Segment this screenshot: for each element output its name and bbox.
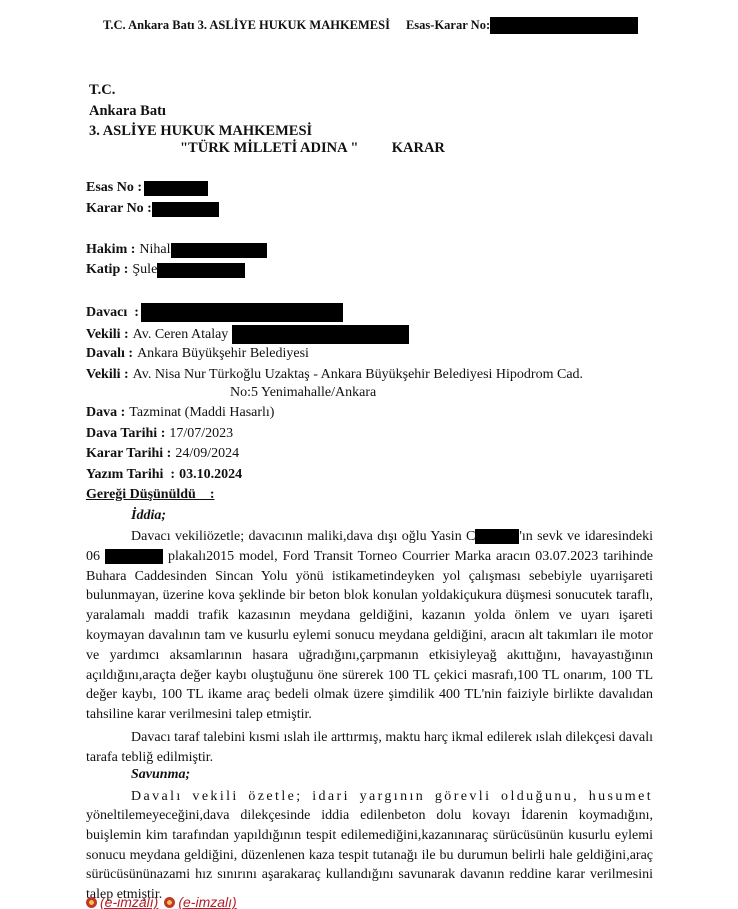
dava-tarihi-label: Dava Tarihi : [86,426,165,442]
dava-field: Dava : Tazminat (Maddi Hasarlı) [86,405,274,421]
davali-vekili-value: Av. Nisa Nur Türkoğlu Uzaktaş - Ankara B… [133,367,583,383]
redacted-katip-surname [157,263,245,278]
karar-tarihi-field: Karar Tarihi : 24/09/2024 [86,446,239,462]
header-esas-karar-label: Esas-Karar No: [406,18,490,33]
davaci-field: Davacı : [86,303,343,322]
nation-title: "TÜRK MİLLETİ ADINA " [180,140,358,156]
dava-label: Dava : [86,405,125,421]
court-title-row: "TÜRK MİLLETİ ADINA " KARAR [180,140,445,157]
iddia-p1-part-c: plakalı2015 model, Ford Transit Torneo C… [86,549,653,722]
redacted-davaci-vekili-address [232,325,409,344]
court-block: T.C. Ankara Batı 3. ASLİYE HUKUK MAHKEME… [89,80,312,142]
davali-value: Ankara Büyükşehir Belediyesi [137,346,309,362]
esas-no-field: Esas No : [86,180,208,196]
katip-label: Katip : [86,262,128,278]
karar-no-field: Karar No : [86,201,219,217]
davali-label: Davalı : [86,346,133,362]
header-court-name: T.C. Ankara Batı 3. ASLİYE HUKUK MAHKEME… [103,18,390,33]
e-signature-row: (e-imzalı) (e-imzalı) [86,894,243,909]
davali-field: Davalı : Ankara Büyükşehir Belediyesi [86,346,309,362]
redacted-surname [475,529,519,544]
dava-tarihi-value: 17/07/2023 [169,426,233,442]
iddia-paragraph-2: Davacı taraf talebini kısmi ıslah ile ar… [86,728,653,768]
davali-vekili-address-cont: No:5 Yenimahalle/Ankara [230,385,376,401]
iddia-heading: İddia; [131,508,166,524]
karar-no-label: Karar No : [86,201,152,217]
decision-title: KARAR [392,140,445,156]
katip-value: Şule [132,262,157,278]
karar-tarihi-value: 24/09/2024 [175,446,239,462]
yazim-tarihi-value: 03.10.2024 [179,467,242,483]
redacted-plate [105,549,163,564]
savunma-heading: Savunma; [131,767,190,783]
seal-icon [164,897,175,908]
page-header: T.C. Ankara Batı 3. ASLİYE HUKUK MAHKEME… [103,17,638,34]
iddia-p1-part-a: Davacı vekiliözetle; davacının maliki,da… [131,529,475,544]
davali-vekili-label: Vekili : [86,367,129,383]
davaci-vekili-label: Vekili : [86,327,129,343]
dava-value: Tazminat (Maddi Hasarlı) [129,405,274,421]
yazim-tarihi-label: Yazım Tarihi : [86,467,175,483]
court-line-tc: T.C. [89,80,312,101]
redacted-esas-no [144,181,208,196]
dava-tarihi-field: Dava Tarihi : 17/07/2023 [86,426,233,442]
esas-no-label: Esas No : [86,180,142,196]
savunma-paragraph-1-rest: yöneltilemeyeceğini,dava dilekçesinde id… [86,806,653,905]
savunma-paragraph-1-line-1: Davalı vekili özetle; idari yargının gör… [86,787,653,807]
hakim-label: Hakim : [86,242,135,258]
hakim-value: Nihal [139,242,170,258]
court-line-name: 3. ASLİYE HUKUK MAHKEMESİ [89,121,312,142]
iddia-paragraph-1: Davacı vekiliözetle; davacının maliki,da… [86,527,653,725]
savunma-p1-first-line: Davalı vekili özetle; idari yargının gör… [131,789,653,804]
redacted-davaci [141,303,343,322]
hakim-field: Hakim : Nihal [86,242,267,258]
redacted-esas-karar-no [490,17,638,34]
e-signature-1[interactable]: (e-imzalı) [100,894,158,909]
seal-icon [86,897,97,908]
court-line-location: Ankara Batı [89,101,312,122]
davaci-vekili-field: Vekili : Av. Ceren Atalay [86,325,409,344]
davali-vekili-field: Vekili : Av. Nisa Nur Türkoğlu Uzaktaş -… [86,367,583,383]
karar-tarihi-label: Karar Tarihi : [86,446,171,462]
section-heading: Gereği Düşünüldü : [86,487,215,503]
katip-field: Katip : Şule [86,262,245,278]
davaci-label: Davacı : [86,305,139,321]
yazim-tarihi-field: Yazım Tarihi : 03.10.2024 [86,467,242,483]
redacted-karar-no [152,202,219,217]
e-signature-2[interactable]: (e-imzalı) [178,894,236,909]
redacted-hakim-surname [171,243,267,258]
davaci-vekili-value: Av. Ceren Atalay [133,327,229,343]
